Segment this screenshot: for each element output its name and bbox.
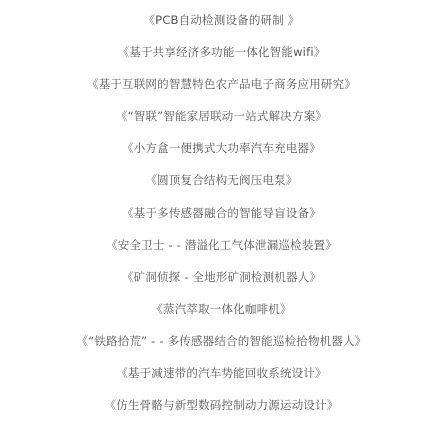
project-title: 《矿洞侦探 - 全地形矿洞检测机器人》 (0, 268, 443, 300)
project-title: 《基于共享经济多功能一体化智能wifi》 (0, 43, 443, 75)
project-title: 《小方盒一便携式大功率汽车充电器》 (0, 139, 443, 171)
project-title: 《安全卫士 - - 潜溢化工气体泄漏巡检装置》 (0, 236, 443, 268)
project-title: 《圆顶复合结构无阀压电泵》 (0, 171, 443, 203)
project-title: 《仿生骨骼与新型数码控制动力源运动设计》 (0, 396, 443, 422)
project-title: 《PCB自动检测设备的研制 》 (0, 11, 443, 43)
project-title: 《蒸汽萃取一体化咖啡机》 (0, 300, 443, 332)
project-title: 《基于互联网的智慧特色农产品电子商务应用研究》 (0, 75, 443, 107)
project-title: 《基于多传感器融合的智能导盲设备》 (0, 204, 443, 236)
project-title: 《“铁路拾荒” - - 多传感器结合的智能巡检拾物机器人》 (0, 332, 443, 364)
project-title-list: 《PCB自动检测设备的研制 》 《基于共享经济多功能一体化智能wifi》 《基于… (0, 11, 443, 422)
project-title: 《“智联”智能家居联动一站式解决方案》 (0, 107, 443, 139)
project-title: 《基于减速带的汽车势能回收系统设计》 (0, 364, 443, 396)
